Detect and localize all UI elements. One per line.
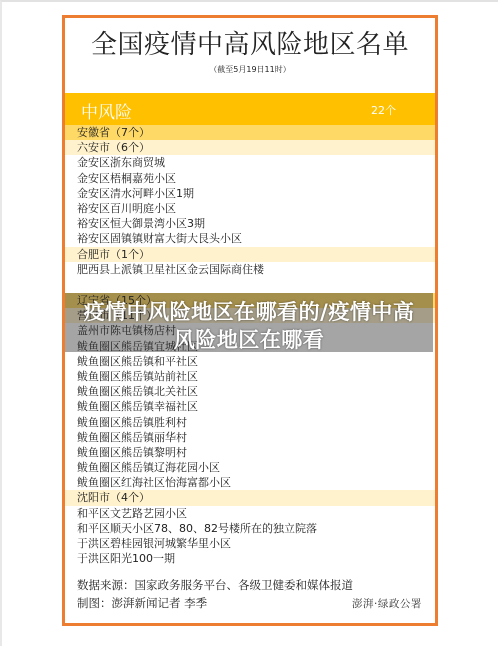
document-subtitle: （截至5月19日11时） — [62, 64, 438, 75]
caption-overlay: 疫情中风险地区在哪看的/疫情中高 风险地区在哪看 — [65, 293, 433, 352]
risk-count: 22个 — [371, 102, 396, 118]
area-row: 鲅鱼圈区熊岳镇北关社区 — [65, 384, 435, 399]
area-row: 金安区清水河畔小区1期 — [65, 186, 435, 201]
area-row: 金安区梧桐嘉苑小区 — [65, 171, 435, 186]
area-row: 鲅鱼圈区熊岳镇辽海花园小区 — [65, 460, 435, 475]
area-row: 鲅鱼圈区熊岳镇丽华村 — [65, 430, 435, 445]
area-row: 裕安区恒大御景湾小区3期 — [65, 216, 435, 231]
medium-risk-header: 中风险 22个 — [65, 93, 435, 125]
area-row: 肥西县上派镇卫星社区金云国际商住楼 — [65, 262, 435, 277]
risk-level-label: 中风险 — [81, 98, 132, 123]
area-row: 和平区文艺路艺园小区 — [65, 506, 435, 521]
city-row: 合肥市（1个） — [65, 247, 435, 262]
area-row: 金安区浙东商贸城 — [65, 155, 435, 170]
area-row: 裕安区固镇镇财富大街大艮头小区 — [65, 231, 435, 246]
area-row: 鲅鱼圈区熊岳镇胜利村 — [65, 415, 435, 430]
city-row: 沈阳市（4个） — [65, 490, 435, 505]
province-row: 安徽省（7个） — [65, 125, 435, 140]
area-row: 和平区顺天小区78、80、82号楼所在的独立院落 — [65, 521, 435, 536]
document-title: 全国疫情中高风险地区名单 — [62, 24, 438, 61]
credit-note: 制图：澎湃新闻记者 李季 — [77, 595, 207, 611]
region-list-anhui: 安徽省（7个） 六安市（6个） 金安区浙东商贸城 金安区梧桐嘉苑小区 金安区清水… — [65, 125, 435, 277]
area-row: 鲅鱼圈区熊岳镇黎明村 — [65, 445, 435, 460]
caption-line-2: 风险地区在哪看 — [65, 324, 433, 354]
area-row: 鲅鱼圈区熊岳镇站前社区 — [65, 369, 435, 384]
area-row: 于洪区碧桂园银河城繁华里小区 — [65, 536, 435, 551]
publisher-logo: 澎湃·绿政公署 — [352, 596, 422, 611]
area-row: 鲅鱼圈区红海社区怡海富都小区 — [65, 475, 435, 490]
area-row: 鲅鱼圈区熊岳镇和平社区 — [65, 354, 435, 369]
area-row: 裕安区百川明庭小区 — [65, 201, 435, 216]
caption-line-1: 疫情中风险地区在哪看的/疫情中高 — [65, 296, 433, 326]
city-row: 六安市（6个） — [65, 140, 435, 155]
area-row: 鲅鱼圈区熊岳镇幸福社区 — [65, 399, 435, 414]
data-source-note: 数据来源：国家政务服务平台、各级卫健委和媒体报道 — [77, 577, 353, 593]
area-row: 于洪区阳光100一期 — [65, 551, 435, 566]
